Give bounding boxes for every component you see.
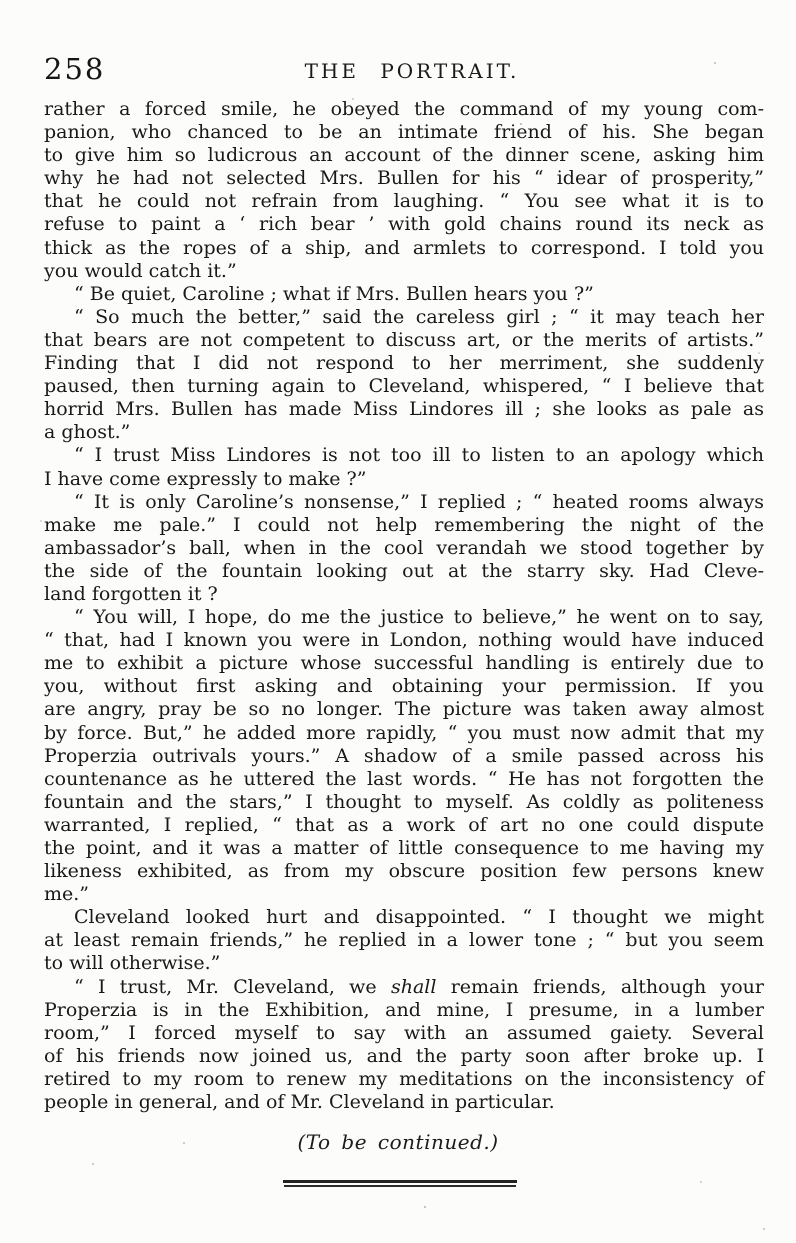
scan-speckles [0, 0, 2, 2]
text-line: “ I trust Miss Lindores is not too ill t… [44, 444, 764, 467]
text-line: fountain and the stars,” I thought to my… [44, 791, 764, 814]
text-line: Properzia outrivals yours.” A shadow of … [44, 745, 764, 768]
text-line: the point, and it was a matter of little… [44, 837, 764, 860]
text-line: you would catch it.” [44, 260, 764, 283]
text-line: people in general, and of Mr. Cleveland … [44, 1091, 764, 1114]
text-line: warranted, I replied, “ that as a work o… [44, 814, 764, 837]
text-line: thick as the ropes of a ship, and armlet… [44, 237, 764, 260]
text-line: you, without first asking and obtaining … [44, 675, 764, 698]
paragraph: “ You will, I hope, do me the justice to… [44, 606, 764, 906]
paragraph: “ I trust Miss Lindores is not too ill t… [44, 444, 764, 490]
text-line: that bears are not competent to discuss … [44, 329, 764, 352]
rule-bottom-line [284, 1185, 516, 1187]
text-line: me to exhibit a picture whose successful… [44, 652, 764, 675]
paragraph: “ I trust, Mr. Cleveland, we shall remai… [44, 976, 764, 1115]
text-line: “ It is only Caroline’s nonsense,” I rep… [44, 491, 764, 514]
text-line: “ You will, I hope, do me the justice to… [44, 606, 764, 629]
text-line: to give him so ludicrous an account of t… [44, 144, 764, 167]
paragraph: “ Be quiet, Caroline ; what if Mrs. Bull… [44, 283, 764, 306]
text-line: Cleveland looked hurt and disappointed. … [44, 906, 764, 929]
scanned-page: 258 THE PORTRAIT. rather a forced smile,… [0, 0, 796, 1243]
text-line: refuse to paint a ‘ rich bear ’ with gol… [44, 213, 764, 236]
text-line: that he could not refrain from laughing.… [44, 190, 764, 213]
page-header: 258 THE PORTRAIT. [0, 52, 796, 88]
text-line: the side of the fountain looking out at … [44, 560, 764, 583]
text-line: are angry, pray be so no longer. The pic… [44, 698, 764, 721]
paragraph: “ It is only Caroline’s nonsense,” I rep… [44, 491, 764, 606]
text-line: panion, who chanced to be an intimate fr… [44, 121, 764, 144]
text-line: Properzia is in the Exhibition, and mine… [44, 999, 764, 1022]
paragraph: Cleveland looked hurt and disappointed. … [44, 906, 764, 975]
paragraph: rather a forced smile, he obeyed the com… [44, 98, 764, 283]
text-line: “ I trust, Mr. Cleveland, we shall remai… [44, 976, 764, 999]
text-line: “ So much the better,” said the careless… [44, 306, 764, 329]
text-line: rather a forced smile, he obeyed the com… [44, 98, 764, 121]
text-line: to will otherwise.” [44, 952, 764, 975]
text-line: countenance as he uttered the last words… [44, 768, 764, 791]
text-line: ambassador’s ball, when in the cool vera… [44, 537, 764, 560]
text-line: I have come expressly to make ?” [44, 468, 764, 491]
text-line: room,” I forced myself to say with an as… [44, 1022, 764, 1045]
body-text: rather a forced smile, he obeyed the com… [44, 98, 764, 1114]
text-line: at least remain friends,” he replied in … [44, 929, 764, 952]
text-line: a ghost.” [44, 421, 764, 444]
text-line: “ that, had I known you were in London, … [44, 629, 764, 652]
text-line: land forgotten it ? [44, 583, 764, 606]
text-line: Finding that I did not respond to her me… [44, 352, 764, 375]
continuation-note: (To be continued.) [0, 1130, 796, 1154]
running-title: THE PORTRAIT. [14, 59, 796, 83]
text-line: me.” [44, 883, 764, 906]
text-line: why he had not selected Mrs. Bullen for … [44, 167, 764, 190]
text-line: by force. But,” he added more rapidly, “… [44, 722, 764, 745]
text-line: of his friends now joined us, and the pa… [44, 1045, 764, 1068]
text-line: paused, then turning again to Cleveland,… [44, 375, 764, 398]
text-line: make me pale.” I could not help remember… [44, 514, 764, 537]
paragraph: “ So much the better,” said the careless… [44, 306, 764, 445]
text-line: likeness exhibited, as from my obscure p… [44, 860, 764, 883]
text-line: horrid Mrs. Bullen has made Miss Lindore… [44, 398, 764, 421]
text-line: retired to my room to renew my meditatio… [44, 1068, 764, 1091]
end-double-rule [283, 1180, 517, 1187]
text-line: “ Be quiet, Caroline ; what if Mrs. Bull… [44, 283, 764, 306]
